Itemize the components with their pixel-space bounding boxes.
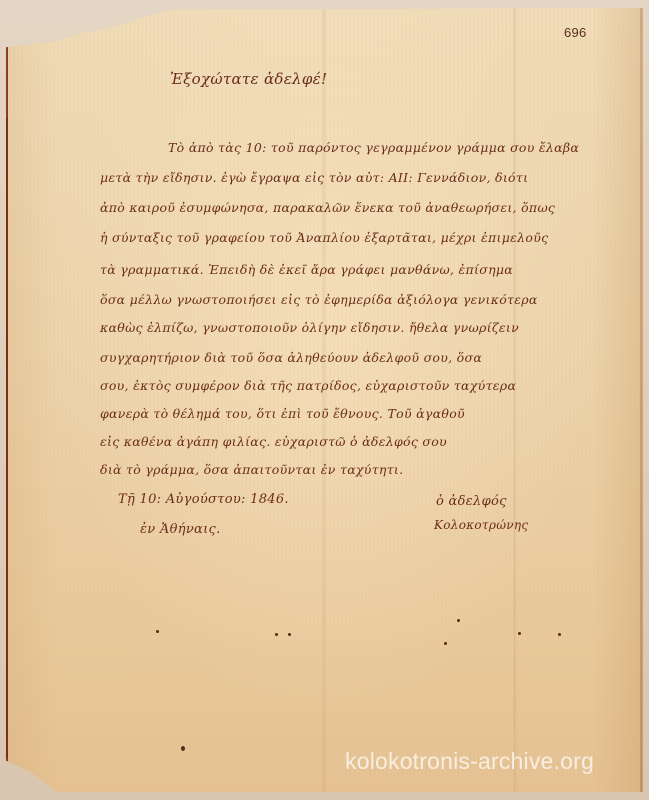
letter-body-line: φανερὰ τὸ θέλημά του, ὅτι ἐπὶ τοῦ ἔθνους… bbox=[100, 406, 465, 421]
paper-right-edge bbox=[640, 8, 643, 792]
letter-body-line: εἰς καθένα ἀγάπη φιλίας. εὐχαριστῶ ὁ ἀδε… bbox=[100, 434, 447, 449]
letter-body-line: ἡ σύνταξις τοῦ γραφείου τοῦ Ἀναπλίου ἐξα… bbox=[100, 230, 548, 245]
scanned-letter-page: 696 Ἐξοχώτατε ἀδελφέ! Τὸ ἀπὸ τὰς 10: τοῦ… bbox=[0, 0, 649, 800]
letter-date: Τῇ 10: Αὐγούστου: 1846. bbox=[118, 492, 289, 507]
letter-body-line: σου, ἐκτὸς συμφέρον διὰ τῆς πατρίδος, εὐ… bbox=[100, 378, 516, 393]
letter-body-line: ὅσα μέλλω γνωστοποιήσει εἰς τὸ ἐφημερίδα… bbox=[100, 292, 538, 307]
letter-body-line: καθὼς ἐλπίζω, γνωστοποιοῦν ὀλίγην εἴδησι… bbox=[100, 320, 519, 335]
ink-speck bbox=[275, 633, 278, 636]
ink-speck bbox=[156, 630, 159, 633]
letter-body-line: διὰ τὸ γράμμα, ὅσα ἀπαιτοῦνται ἐν ταχύτη… bbox=[100, 462, 403, 477]
ink-speck bbox=[558, 633, 561, 636]
archive-watermark: kolokotronis-archive.org bbox=[345, 748, 594, 775]
letter-body-line: τὰ γραμματικά. Ἐπειδὴ δὲ ἐκεῖ ἄρα γράφει… bbox=[100, 262, 513, 277]
ink-speck bbox=[444, 642, 447, 645]
letter-body-line: μετὰ τὴν εἴδησιν. ἐγὼ ἔγραψα εἰς τὸν αὐτ… bbox=[100, 170, 528, 185]
letter-salutation: Ἐξοχώτατε ἀδελφέ! bbox=[170, 70, 327, 88]
ink-speck bbox=[457, 619, 460, 622]
letter-closing: ὁ ἀδελφός bbox=[436, 494, 507, 509]
archive-page-number: 696 bbox=[564, 25, 587, 40]
aged-paper-sheet bbox=[6, 8, 642, 792]
letter-place: ἐν Ἀθήναις. bbox=[140, 522, 221, 537]
ink-speck bbox=[288, 633, 291, 636]
letter-signature: Κολοκοτρώνης bbox=[434, 518, 528, 532]
letter-body-line: ἀπὸ καιροῦ ἐσυμφώνησα, παρακαλῶν ἕνεκα τ… bbox=[100, 200, 555, 215]
paper-left-edge bbox=[6, 118, 8, 758]
ink-speck bbox=[181, 746, 185, 751]
letter-body-line: Τὸ ἀπὸ τὰς 10: τοῦ παρόντος γεγραμμένον … bbox=[168, 140, 579, 155]
letter-body-line: συγχαρητήριον διὰ τοῦ ὅσα ἀληθεύουν ἀδελ… bbox=[100, 350, 482, 365]
ink-speck bbox=[518, 632, 521, 635]
